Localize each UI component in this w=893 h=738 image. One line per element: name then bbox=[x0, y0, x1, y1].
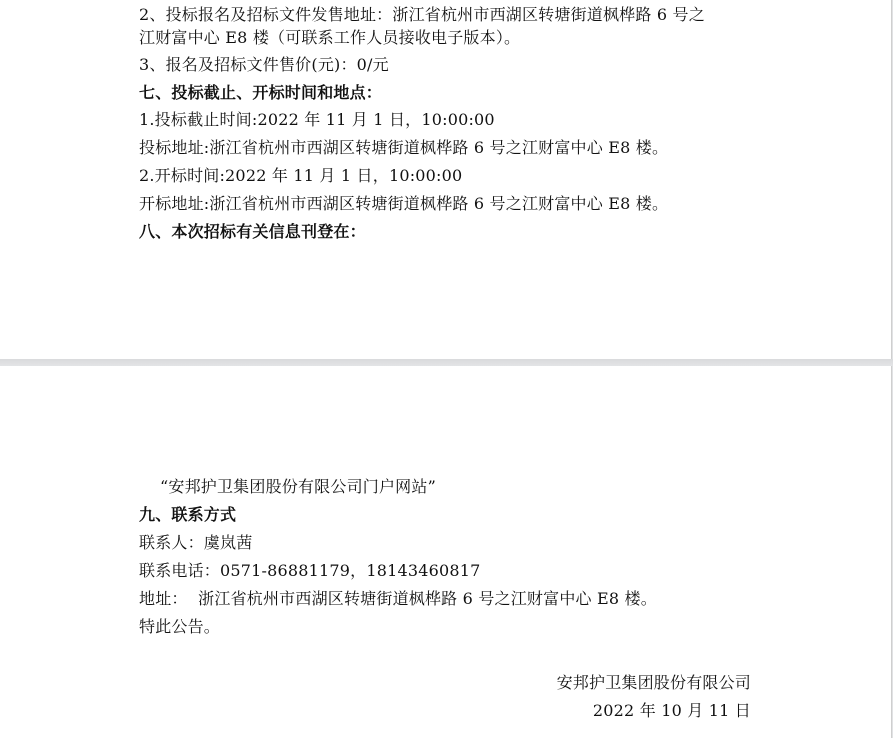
text-line-opening-address: 开标地址:浙江省杭州市西湖区转塘街道枫桦路 6 号之江财富中心 E8 楼。 bbox=[139, 193, 668, 215]
text-line-document-price: 3、报名及招标文件售价(元)：0/元 bbox=[139, 54, 389, 76]
section-heading-7: 七、投标截止、开标时间和地点： bbox=[139, 82, 382, 104]
signature-date: 2022 年 10 月 11 日 bbox=[593, 700, 751, 722]
document-viewer[interactable]: 2、投标报名及招标文件发售地址：浙江省杭州市西湖区转塘街道枫桦路 6 号之 江财… bbox=[0, 0, 893, 738]
document-page-2: “安邦护卫集团股份有限公司门户网站” 九、联系方式 联系人：虞岚茜 联系电话：0… bbox=[0, 366, 892, 738]
text-line-contact-person: 联系人：虞岚茜 bbox=[139, 532, 252, 554]
document-page-1: 2、投标报名及招标文件发售地址：浙江省杭州市西湖区转塘街道枫桦路 6 号之 江财… bbox=[0, 0, 892, 359]
text-line-address: 地址： 浙江省杭州市西湖区转塘街道枫桦路 6 号之江财富中心 E8 楼。 bbox=[139, 588, 657, 610]
page-separator bbox=[0, 359, 893, 366]
section-heading-8: 八、本次招标有关信息刊登在： bbox=[139, 221, 366, 243]
text-line-opening-time: 2.开标时间:2022 年 11 月 1 日，10:00:00 bbox=[139, 165, 462, 187]
signature-company: 安邦护卫集团股份有限公司 bbox=[557, 672, 751, 694]
text-line-publication-site: “安邦护卫集团股份有限公司门户网站” bbox=[160, 476, 436, 498]
text-line-bid-address: 投标地址:浙江省杭州市西湖区转塘街道枫桦路 6 号之江财富中心 E8 楼。 bbox=[139, 137, 668, 159]
text-line-bid-deadline: 1.投标截止时间:2022 年 11 月 1 日，10:00:00 bbox=[139, 109, 495, 131]
text-line-contact-phone: 联系电话：0571-86881179，18143460817 bbox=[139, 560, 481, 582]
text-line-registration-address-cont: 江财富中心 E8 楼（可联系工作人员接收电子版本）。 bbox=[139, 27, 520, 49]
section-heading-9: 九、联系方式 bbox=[139, 504, 236, 526]
text-line-registration-address: 2、投标报名及招标文件发售地址：浙江省杭州市西湖区转塘街道枫桦路 6 号之 bbox=[139, 4, 705, 26]
text-line-notice: 特此公告。 bbox=[139, 616, 220, 638]
